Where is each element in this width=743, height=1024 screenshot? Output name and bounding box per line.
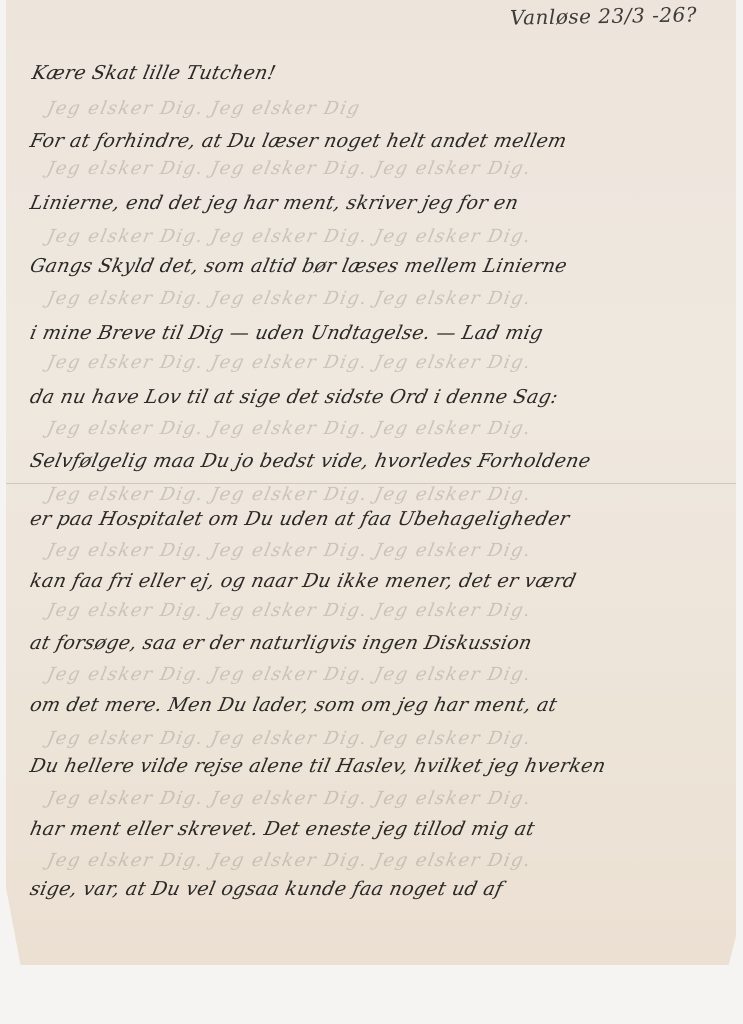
letter-line: sige, var, at Du vel ogsaa kunde faa nog… xyxy=(28,878,505,900)
place-date: Vanløse 23/3 -26? xyxy=(510,2,697,29)
letter-line: om det mere. Men Du lader, som om jeg ha… xyxy=(28,694,559,716)
pencil-line: Jeg elsker Dig. Jeg elsker Dig. Jeg elsk… xyxy=(45,664,534,685)
pencil-line: Jeg elsker Dig. Jeg elsker Dig xyxy=(45,98,363,119)
pencil-line: Jeg elsker Dig. Jeg elsker Dig. Jeg elsk… xyxy=(45,850,534,871)
letter-line: er paa Hospitalet om Du uden at faa Ubeh… xyxy=(28,508,571,530)
letter-line: kan faa fri eller ej, og naar Du ikke me… xyxy=(28,570,578,592)
pencil-line: Jeg elsker Dig. Jeg elsker Dig. Jeg elsk… xyxy=(45,158,534,179)
letter-line: Linierne, end det jeg har ment, skriver … xyxy=(28,192,521,214)
letter-line: i mine Breve til Dig — uden Undtagelse. … xyxy=(28,322,545,344)
letter-line: Du hellere vilde rejse alene til Haslev,… xyxy=(28,755,608,777)
letter-line: at forsøge, saa er der naturligvis ingen… xyxy=(28,632,534,654)
pencil-line: Jeg elsker Dig. Jeg elsker Dig. Jeg elsk… xyxy=(45,288,534,309)
letter-line: har ment eller skrevet. Det eneste jeg t… xyxy=(28,818,537,840)
letter-line: da nu have Lov til at sige det sidste Or… xyxy=(28,386,560,408)
letter-line: Gangs Skyld det, som altid bør læses mel… xyxy=(28,255,569,277)
scanned-letter: Vanløse 23/3 -26? Kære Skat lille Tutche… xyxy=(0,0,743,1024)
pencil-line: Jeg elsker Dig. Jeg elsker Dig. Jeg elsk… xyxy=(45,600,534,621)
pencil-line: Jeg elsker Dig. Jeg elsker Dig. Jeg elsk… xyxy=(45,540,534,561)
pencil-line: Jeg elsker Dig. Jeg elsker Dig. Jeg elsk… xyxy=(45,788,534,809)
pencil-line: Jeg elsker Dig. Jeg elsker Dig. Jeg elsk… xyxy=(45,352,534,373)
pencil-line: Jeg elsker Dig. Jeg elsker Dig. Jeg elsk… xyxy=(45,728,534,749)
letter-line: Selvfølgelig maa Du jo bedst vide, hvorl… xyxy=(28,450,593,472)
pencil-line: Jeg elsker Dig. Jeg elsker Dig. Jeg elsk… xyxy=(45,418,534,439)
salutation: Kære Skat lille Tutchen! xyxy=(30,62,278,84)
pencil-line: Jeg elsker Dig. Jeg elsker Dig. Jeg elsk… xyxy=(45,484,534,505)
letter-line: For at forhindre, at Du læser noget helt… xyxy=(28,130,569,152)
pencil-line: Jeg elsker Dig. Jeg elsker Dig. Jeg elsk… xyxy=(45,226,534,247)
